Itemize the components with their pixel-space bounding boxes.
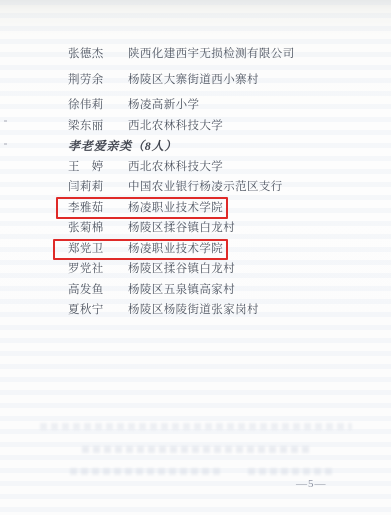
awardee-organization: 杨陵区五泉镇高家村 [128, 283, 235, 304]
list-item-highlighted: 郑党卫 杨凌职业技术学院 [68, 242, 295, 263]
awardee-list: 张德杰 陕西化建西宇无损检测有限公司 荆劳余 杨陵区大寨街道西小寨村 徐伟莉 杨… [68, 47, 295, 324]
awardee-name: 郑党卫 [68, 242, 128, 263]
scan-speck [4, 143, 7, 145]
awardee-name: 王 婷 [68, 160, 128, 181]
list-item: 罗党社 杨陵区揉谷镇白龙村 [68, 262, 295, 283]
awardee-organization: 杨陵区揉谷镇白龙村 [128, 262, 235, 283]
awardee-name: 高发鱼 [68, 283, 128, 304]
list-item: 徐伟莉 杨凌高新小学 [68, 98, 295, 119]
section-header: 孝老爱亲类（8人） [68, 139, 295, 160]
awardee-name: 荆劳余 [68, 73, 128, 94]
awardee-organization: 西北农林科技大学 [128, 160, 223, 181]
bleed-through-text-line [82, 446, 310, 453]
bleed-through-text-line [70, 468, 220, 475]
list-item-highlighted: 李雅茹 杨凌职业技术学院 [68, 201, 295, 222]
page-number: —5— [296, 478, 327, 490]
awardee-organization: 陕西化建西宇无损检测有限公司 [128, 47, 295, 68]
awardee-organization: 中国农业银行杨凌示范区支行 [128, 180, 283, 201]
awardee-name: 夏秋宁 [68, 303, 128, 324]
list-item: 张德杰 陕西化建西宇无损检测有限公司 [68, 47, 295, 68]
list-item: 梁东丽 西北农林科技大学 [68, 119, 295, 140]
awardee-name: 张德杰 [68, 47, 128, 68]
awardee-name: 罗党社 [68, 262, 128, 283]
awardee-organization: 杨凌高新小学 [128, 98, 199, 119]
bleed-through-text-line [40, 423, 352, 430]
awardee-name: 李雅茹 [68, 201, 128, 222]
list-item: 高发鱼 杨陵区五泉镇高家村 [68, 283, 295, 304]
list-item: 夏秋宁 杨陵区杨陵街道张家岗村 [68, 303, 295, 324]
awardee-organization: 杨陵区大寨街道西小寨村 [128, 73, 259, 94]
awardee-organization: 杨陵区杨陵街道张家岗村 [128, 303, 259, 324]
awardee-name: 张菊棉 [68, 221, 128, 242]
awardee-organization: 西北农林科技大学 [128, 119, 223, 140]
scanned-document-page: 张德杰 陕西化建西宇无损检测有限公司 荆劳余 杨陵区大寨街道西小寨村 徐伟莉 杨… [0, 0, 391, 515]
awardee-organization: 杨陵区揉谷镇白龙村 [128, 221, 235, 242]
awardee-name: 梁东丽 [68, 119, 128, 140]
bleed-through-text-line [248, 468, 336, 475]
awardee-name: 徐伟莉 [68, 98, 128, 119]
awardee-organization: 杨凌职业技术学院 [128, 201, 223, 222]
list-item: 张菊棉 杨陵区揉谷镇白龙村 [68, 221, 295, 242]
scan-speck [4, 120, 7, 122]
list-item: 荆劳余 杨陵区大寨街道西小寨村 [68, 73, 295, 94]
awardee-organization: 杨凌职业技术学院 [128, 242, 223, 263]
list-item: 闫莉莉 中国农业银行杨凌示范区支行 [68, 180, 295, 201]
list-item: 王 婷 西北农林科技大学 [68, 160, 295, 181]
awardee-name: 闫莉莉 [68, 180, 128, 201]
